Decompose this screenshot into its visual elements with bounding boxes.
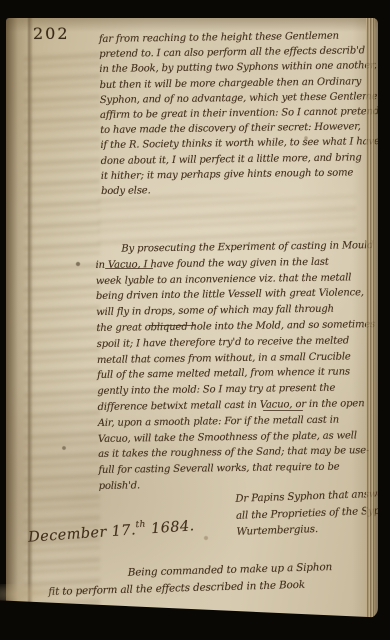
journal-entry-paragraph-1: far from reaching to the height these Ge… [99,28,378,199]
closing-lines: Being commanded to make up a Siphon fit … [48,559,333,601]
underline-mark [105,268,153,269]
underline-mark [263,410,303,411]
bleedthrough-text [24,52,100,604]
margin-date-day: December 17. [28,522,137,545]
page-number: 202 [33,24,70,43]
manuscript-page: 202 far from reaching to the height thes… [6,18,378,618]
strikethrough-mark [149,325,195,326]
page-edge-stripes [366,18,375,618]
journal-entry-paragraph-2: By prosecuting the Experiment of casting… [95,238,377,495]
side-note: Dr Papins Syphon that answers all the Pr… [235,486,378,541]
margin-date: December 17.th 1684. [28,516,196,546]
manuscript-photo: 202 far from reaching to the height thes… [0,0,390,640]
margin-date-year: 1684. [146,518,196,537]
